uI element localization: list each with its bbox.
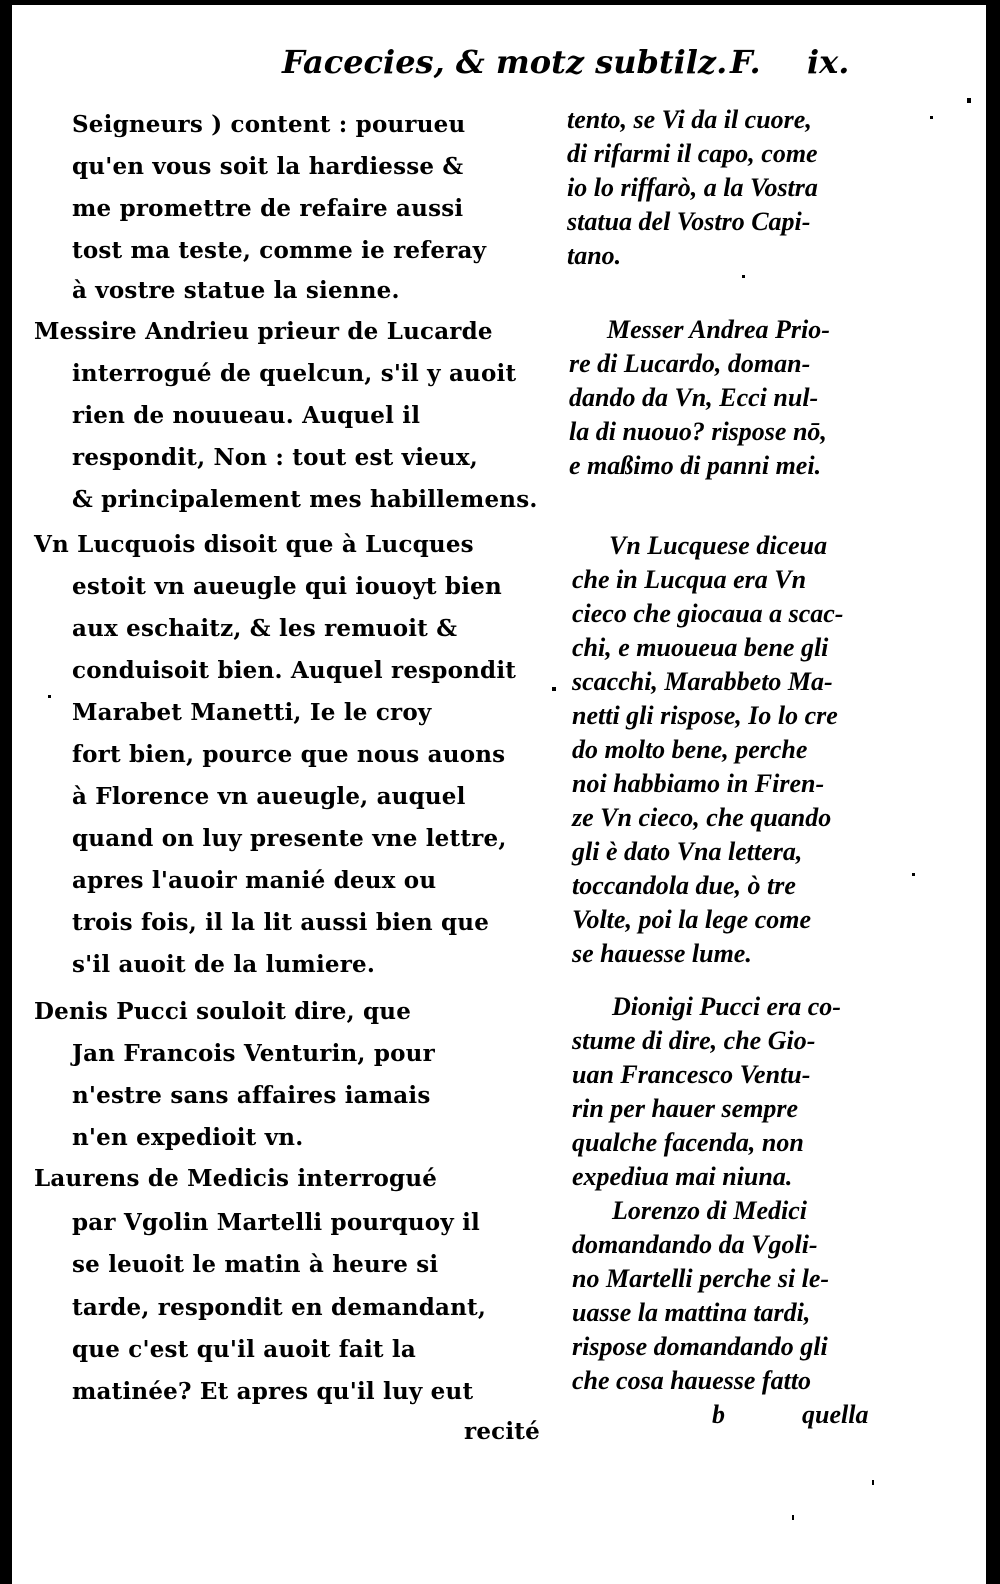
text-line: dando da Vn, Ecci nul- <box>569 383 818 413</box>
text-line: rispose domandando gli <box>572 1332 828 1362</box>
text-line: & principalement mes habillemens. <box>72 486 538 513</box>
text-line: rien de nouueau. Auquel il <box>72 402 420 429</box>
text-line: tarde, respondit en demandant, <box>72 1294 486 1321</box>
text-line: e maßimo di panni mei. <box>569 451 821 481</box>
scan-speck <box>552 687 556 691</box>
catchword: quella <box>802 1400 868 1430</box>
text-line: Lorenzo di Medici <box>612 1196 807 1226</box>
text-line: estoit vn aueugle qui iouoyt bien <box>72 573 502 600</box>
text-line: uan Francesco Ventu- <box>572 1060 810 1090</box>
text-line: matinée? Et apres qu'il luy eut <box>72 1378 473 1405</box>
text-line: qualche facenda, non <box>572 1128 804 1158</box>
text-line: scacchi, Marabbeto Ma- <box>572 667 833 697</box>
text-line: Marabet Manetti, Ie le croy <box>72 699 431 726</box>
text-line: à Florence vn aueugle, auquel <box>72 783 466 810</box>
scan-speck <box>48 695 51 698</box>
catchword-left: recité <box>464 1418 540 1445</box>
text-line: tano. <box>567 241 621 271</box>
scan-speck <box>872 1480 874 1485</box>
text-line: me promettre de refaire aussi <box>72 195 463 222</box>
signature-letter: F. <box>730 43 761 81</box>
text-line: quand on luy presente vne lettre, <box>72 825 507 852</box>
text-line: conduisoit bien. Auquel respondit <box>72 657 516 684</box>
text-line: statua del Vostro Capi- <box>567 207 810 237</box>
text-line: apres l'auoir manié deux ou <box>72 867 436 894</box>
text-line: aux eschaitz, & les remuoit & <box>72 615 457 642</box>
text-line: Volte, poi la lege come <box>572 905 811 935</box>
folio-number: ix. <box>807 43 849 81</box>
text-line: Jan Francois Venturin, pour <box>72 1040 435 1067</box>
text-line: par Vgolin Martelli pourquoy il <box>72 1209 480 1236</box>
signature-mark: b <box>712 1400 725 1430</box>
text-line: expediua mai niuna. <box>572 1162 792 1192</box>
text-line: se hauesse lume. <box>572 939 752 969</box>
running-header: Facecies, & motz subtilz. F. ix. <box>282 43 882 93</box>
text-line: que c'est qu'il auoit fait la <box>72 1336 416 1363</box>
text-line: la di nuouo? rispose nō, <box>569 417 827 447</box>
text-line: Messer Andrea Prio- <box>607 315 830 345</box>
text-line: do molto bene, perche <box>572 735 807 765</box>
text-line: se leuoit le matin à heure si <box>72 1251 438 1278</box>
text-line: s'il auoit de la lumiere. <box>72 951 375 978</box>
text-line: ze Vn cieco, che quando <box>572 803 831 833</box>
text-line: tost ma teste, comme ie referay <box>72 237 486 264</box>
scan-speck <box>912 873 915 876</box>
text-line: toccandola due, ò tre <box>572 871 796 901</box>
text-line: qu'en vous soit la hardiesse & <box>72 153 463 180</box>
document-page: Facecies, & motz subtilz. F. ix. Seigneu… <box>12 5 986 1584</box>
text-line: Seigneurs ) content : pourueu <box>72 111 465 138</box>
text-line: io lo riffarò, a la Vostra <box>567 173 818 203</box>
scan-speck <box>930 116 933 119</box>
text-line: che in Lucqua era Vn <box>572 565 806 595</box>
text-line: interrogué de quelcun, s'il y auoit <box>72 360 516 387</box>
text-line: à vostre statue la sienne. <box>72 277 400 304</box>
text-line: rin per hauer sempre <box>572 1094 798 1124</box>
text-line: Vn Lucquese diceua <box>609 531 827 561</box>
text-line: respondit, Non : tout est vieux, <box>72 444 478 471</box>
text-line: stume di dire, che Gio- <box>572 1026 815 1056</box>
text-line: re di Lucardo, doman- <box>569 349 810 379</box>
text-line: noi habbiamo in Firen- <box>572 769 824 799</box>
text-line: Laurens de Medicis interrogué <box>34 1165 437 1192</box>
text-line: tento, se Vi da il cuore, <box>567 105 812 135</box>
text-line: domandando da Vgoli- <box>572 1230 818 1260</box>
text-line: Messire Andrieu prieur de Lucarde <box>34 318 493 345</box>
text-line: gli è dato Vna lettera, <box>572 837 802 867</box>
scan-speck <box>742 275 745 278</box>
text-line: di rifarmi il capo, come <box>567 139 818 169</box>
text-line: trois fois, il la lit aussi bien que <box>72 909 489 936</box>
text-line: fort bien, pource que nous auons <box>72 741 505 768</box>
scan-speck <box>792 1515 794 1520</box>
text-line: Dionigi Pucci era co- <box>612 992 841 1022</box>
scan-speck <box>967 98 971 103</box>
text-line: uasse la mattina tardi, <box>572 1298 810 1328</box>
text-line: Denis Pucci souloit dire, que <box>34 998 411 1025</box>
text-line: cieco che giocaua a scac- <box>572 599 843 629</box>
text-line: netti gli rispose, Io lo cre <box>572 701 838 731</box>
text-line: n'estre sans affaires iamais <box>72 1082 430 1109</box>
text-line: no Martelli perche si le- <box>572 1264 829 1294</box>
text-line: che cosa hauesse fatto <box>572 1366 811 1396</box>
running-title: Facecies, & motz subtilz. <box>282 43 727 81</box>
text-line: chi, e muoueua bene gli <box>572 633 828 663</box>
text-line: n'en expedioit vn. <box>72 1124 303 1151</box>
text-line: Vn Lucquois disoit que à Lucques <box>34 531 474 558</box>
